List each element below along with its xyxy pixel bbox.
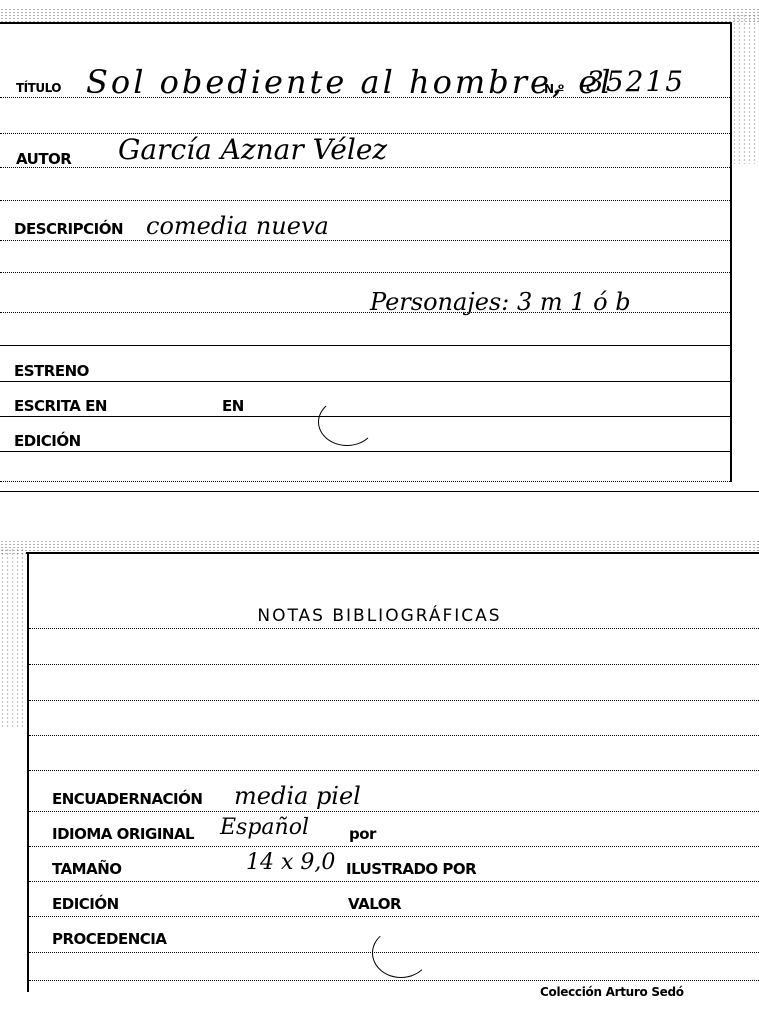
edicion-label: EDICIÓN xyxy=(14,434,81,449)
rule xyxy=(0,381,730,382)
titulo-label: TÍTULO xyxy=(16,82,61,94)
rule xyxy=(29,980,759,981)
notas-heading: NOTAS BIBLIOGRÁFICAS xyxy=(0,606,759,626)
ilustrado-por-label: ILUSTRADO POR xyxy=(346,862,476,877)
collection-credit: Colección Arturo Sedó xyxy=(540,985,684,999)
rule xyxy=(29,664,759,665)
rule xyxy=(29,735,759,736)
idioma-original-value: Español xyxy=(220,817,309,839)
escrita-en-label: ESCRITA EN xyxy=(14,399,107,414)
card-front-border-right xyxy=(730,22,732,482)
encuadernacion-label: ENCUADERNACIÓN xyxy=(52,792,202,807)
card-front-border-top xyxy=(0,22,731,24)
escrita-en-en-label: EN xyxy=(222,399,244,414)
rule xyxy=(29,700,759,701)
scan-noise-left-back xyxy=(0,548,26,728)
rule xyxy=(0,451,730,452)
numero-label: N.º xyxy=(544,83,564,95)
scan-noise-top xyxy=(0,8,759,22)
card-separator xyxy=(0,491,759,492)
encuadernacion-value: media piel xyxy=(234,784,361,808)
tamano-label: TAMAÑO xyxy=(52,862,122,877)
stamp-mark xyxy=(372,928,430,978)
rule xyxy=(29,846,759,847)
idioma-original-label: IDIOMA ORIGINAL xyxy=(52,827,194,842)
rule xyxy=(29,881,759,882)
rule xyxy=(0,167,730,168)
autor-value: García Aznar Vélez xyxy=(118,136,387,164)
descripcion-value: comedia nueva xyxy=(146,214,329,238)
tamano-value: 14 x 9,0 xyxy=(246,852,335,874)
rule xyxy=(29,628,759,629)
numero-value: 35215 xyxy=(586,68,685,96)
scan-noise-right xyxy=(732,14,759,164)
rule xyxy=(0,200,730,201)
rule xyxy=(0,240,730,241)
card-back-border-top xyxy=(26,552,759,554)
por-label: por xyxy=(349,827,376,842)
rule xyxy=(29,811,759,812)
rule xyxy=(0,272,730,273)
edicion-back-label: EDICIÓN xyxy=(52,897,119,912)
personajes-value: Personajes: 3 m 1 ó b xyxy=(370,290,631,314)
estreno-label: ESTRENO xyxy=(14,364,89,379)
valor-label: VALOR xyxy=(348,897,401,912)
descripcion-label: DESCRIPCIÓN xyxy=(14,222,123,237)
autor-label: AUTOR xyxy=(16,152,71,167)
titulo-value: Sol obediente al hombre, el xyxy=(86,66,613,98)
rule xyxy=(0,481,730,482)
rule xyxy=(0,345,730,346)
procedencia-label: PROCEDENCIA xyxy=(52,932,167,947)
rule xyxy=(29,770,759,771)
stamp-mark xyxy=(318,398,376,446)
rule xyxy=(29,916,759,917)
